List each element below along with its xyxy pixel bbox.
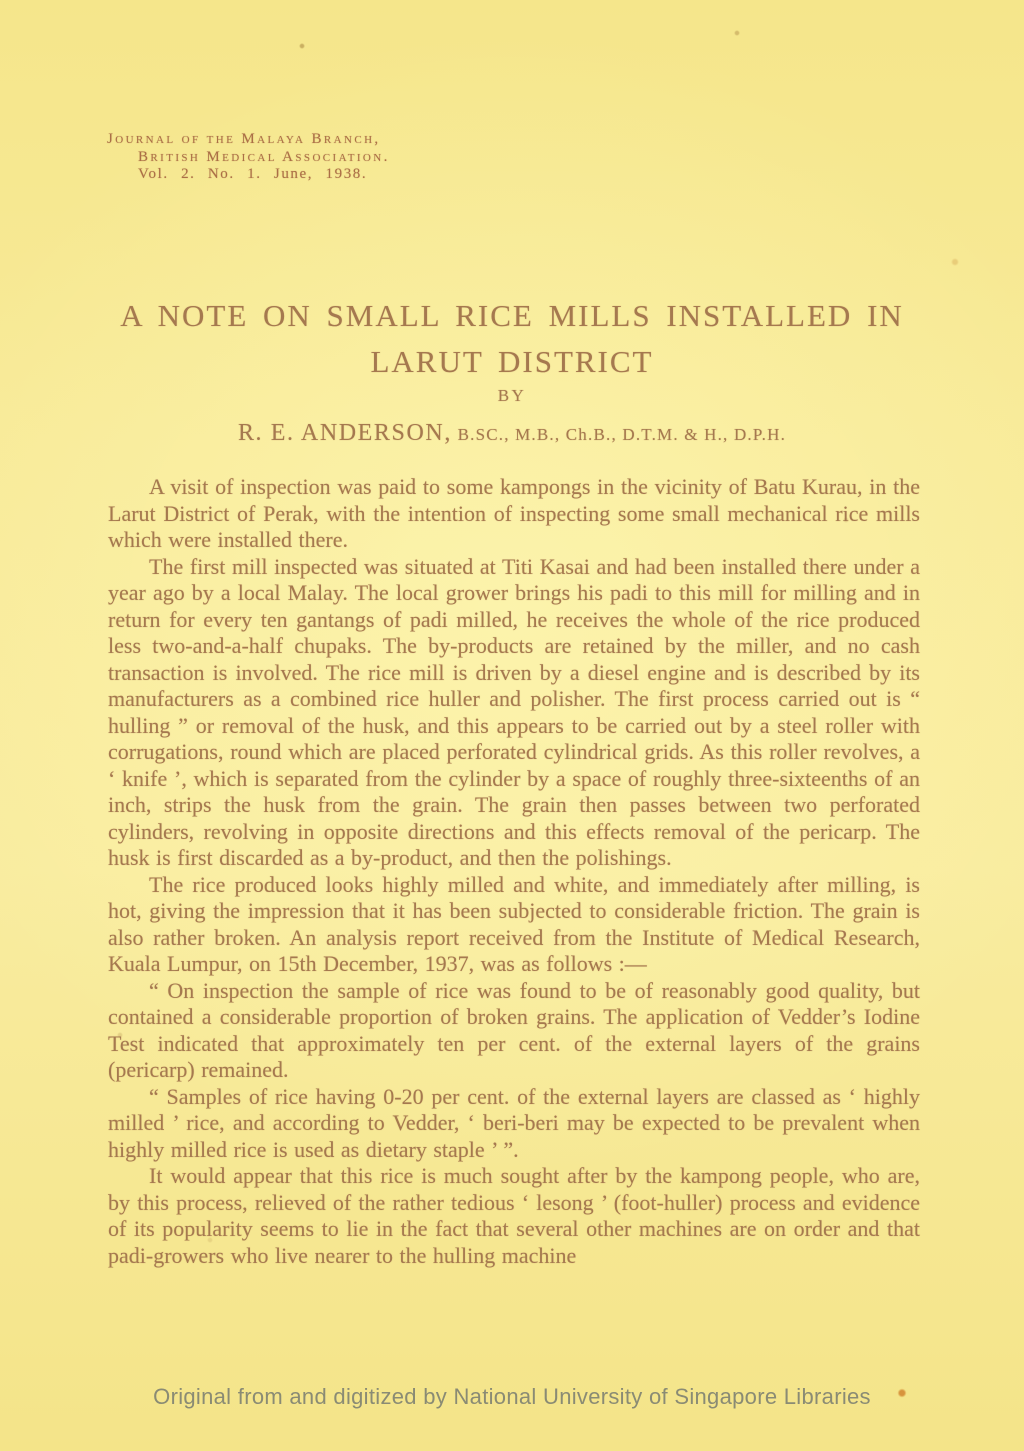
article-title-line2: LARUT DISTRICT [0,339,1024,385]
digitization-credit: Original from and digitized by National … [0,1384,1024,1410]
paragraph-4: “ On inspection the sample of rice was f… [108,978,920,1084]
journal-name-line2: British Medical Association. [138,149,390,167]
author-name: R. E. ANDERSON, [238,420,452,446]
article-body: A visit of inspection was paid to some k… [108,474,920,1269]
scanned-journal-page: Journal of the Malaya Branch, British Me… [0,0,1024,1451]
author-line: R. E. ANDERSON, B.SC., M.B., Ch.B., D.T.… [0,420,1024,447]
journal-masthead: Journal of the Malaya Branch, British Me… [107,131,390,184]
article-title: A NOTE ON SMALL RICE MILLS INSTALLED IN … [0,293,1024,385]
journal-name-line1: Journal of the Malaya Branch, [107,131,390,149]
author-degrees: B.SC., M.B., Ch.B., D.T.M. & H., D.P.H. [458,425,786,444]
paragraph-5: “ Samples of rice having 0-20 per cent. … [108,1084,920,1164]
paragraph-2: The first mill inspected was situated at… [108,554,920,872]
article-title-line1: A NOTE ON SMALL RICE MILLS INSTALLED IN [0,293,1024,339]
paragraph-6: It would appear that this rice is much s… [108,1163,920,1269]
paragraph-1: A visit of inspection was paid to some k… [108,474,920,554]
paragraph-3: The rice produced looks highly milled an… [108,872,920,978]
byline: BY [0,386,1024,406]
journal-volume-issue-date: Vol. 2. No. 1. June, 1938. [138,166,390,184]
